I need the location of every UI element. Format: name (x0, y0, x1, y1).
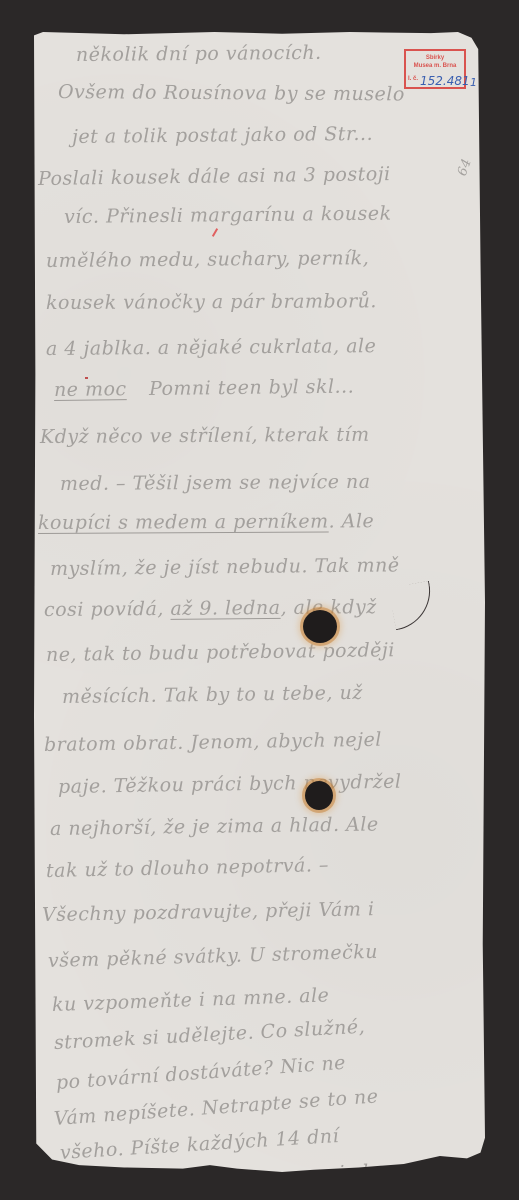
museum-inventory-stamp: Sbírky Musea m. Brna I. č. 152.481 (404, 49, 466, 89)
text-line-1: několik dní po vánocích. (76, 42, 322, 66)
text-line-5: víc. Přinesli margarínu a kousek (64, 203, 392, 228)
stamp-line-1: Sbírky (406, 54, 464, 62)
text-line-19: a nejhorší, že je zima a hlad. Ale (50, 813, 379, 840)
stamp-inventory-number: 152.481 (420, 77, 470, 85)
burn-hole-1 (303, 610, 337, 643)
burn-hole-2 (305, 781, 333, 810)
text-line-18: paje. Těžkou práci bych nevydržel (58, 771, 402, 798)
text-line-7: kousek vánočky a pár bramborů. (46, 290, 377, 314)
text-line-10: Když něco ve střílení, kterak tím (40, 424, 370, 448)
text-line-17: bratom obrat. Jenom, abych nejel (44, 729, 382, 756)
text-line-20: tak už to dlouho nepotrvá. – (46, 854, 329, 882)
text-line-2: Ovšem do Rousínova by se muselo (58, 81, 405, 105)
stamp-prefix: I. č. (408, 75, 418, 83)
text-line-11: med. – Těšil jsem se nejvíce na (60, 471, 371, 495)
text-line-25: po tovární dostáváte? Nic ne (55, 1052, 346, 1094)
text-line-22: všem pěkné svátky. U stromečku (48, 941, 379, 972)
text-line-21: Všechny pozdravujte, přeji Vám i (42, 898, 375, 926)
red-dot-mark (85, 377, 88, 379)
underlined-phrase-9-ledna: až 9. ledna (170, 597, 280, 620)
underlined-phrase-koupici: koupíci s medem a perníkem (38, 510, 329, 534)
text-line-9-rest: Pomni teen byl skl... (149, 375, 354, 400)
stamp-sheet-number: 1 (470, 76, 477, 89)
text-line-3: jet a tolik postat jako od Str... (72, 123, 373, 148)
document-viewer: několik dní po vánocích. Ovšem do Rousín… (0, 0, 519, 1200)
text-line-13: myslím, že je jíst nebudu. Tak mně (50, 554, 400, 580)
underlined-phrase-ne-moc: ne moc (54, 378, 127, 401)
text-line-9: ne moc (54, 378, 127, 401)
text-line-4: Poslali kousek dále asi na 3 postoji (38, 163, 391, 190)
text-line-8: a 4 jablka. a nějaké cukrlata, ale (46, 335, 376, 360)
text-line-24: stromek si udělejte. Co služné, (53, 1016, 365, 1054)
text-line-28: jednou. (338, 1159, 413, 1184)
text-line-23: ku vzpomeňte i na mne. ale (52, 984, 330, 1016)
text-line-12: koupíci s medem a perníkem. Ale (38, 510, 374, 534)
text-line-26: Vám nepíšete. Netrapte se to ne (53, 1085, 379, 1130)
text-line-6: umělého medu, suchary, perník, (46, 247, 369, 272)
text-line-15: ne, tak to budu potřebovat později (46, 639, 395, 666)
text-line-16: měsících. Tak by to u tebe, už (62, 682, 363, 708)
stamp-line-2: Musea m. Brna (406, 62, 464, 70)
text-line-27: všeho. Píšte každých 14 dní (59, 1125, 339, 1164)
